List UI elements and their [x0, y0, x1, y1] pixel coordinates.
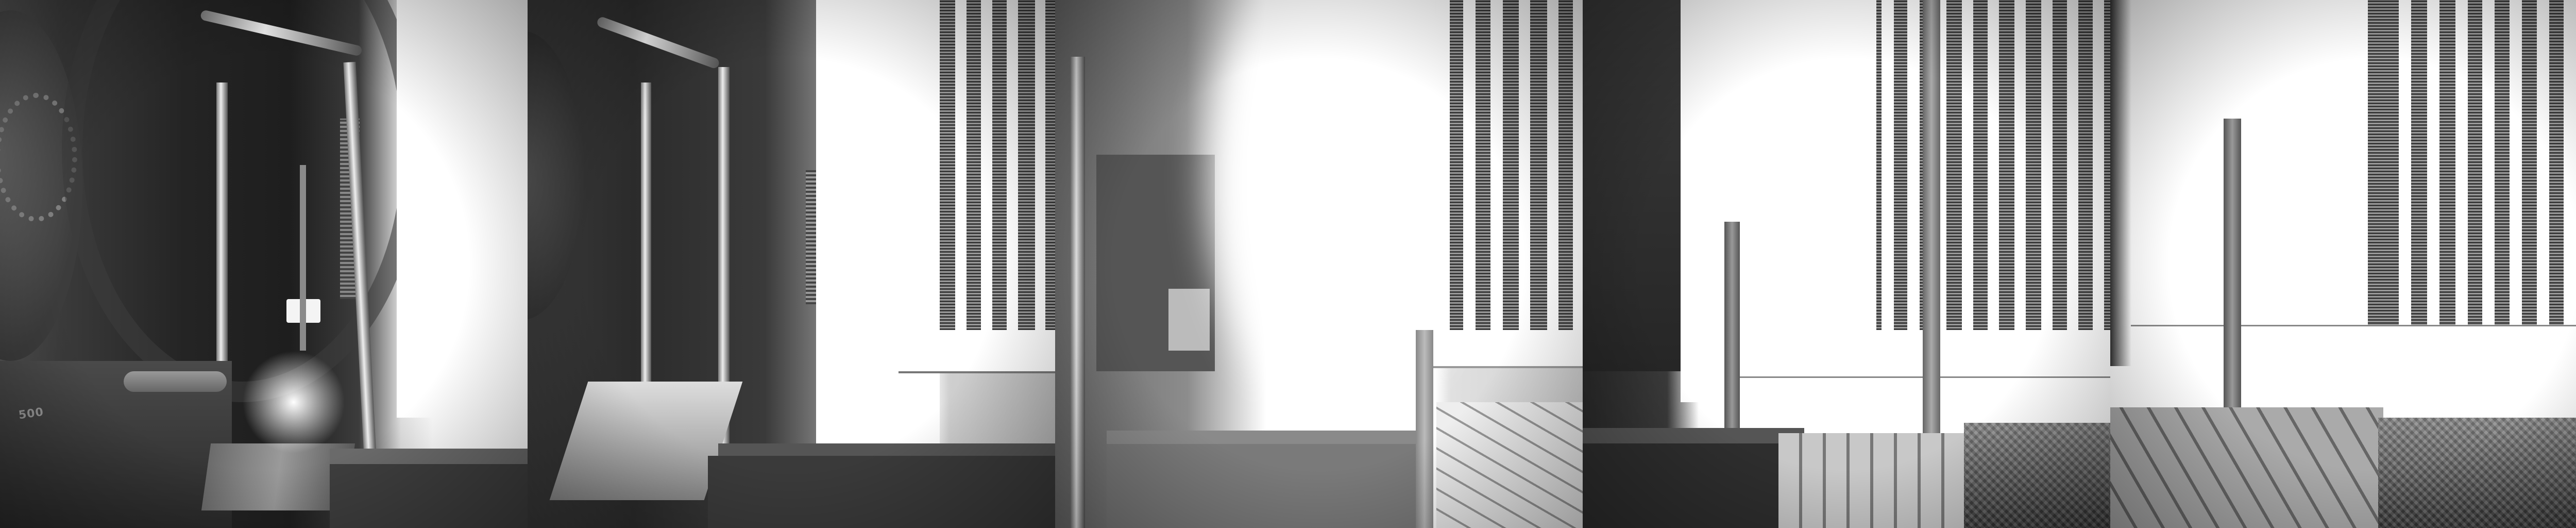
bright-cabinet [397, 0, 528, 418]
air-hose [124, 371, 227, 392]
lower-panel [1583, 443, 1804, 528]
diamond-plate-floor [1964, 423, 2110, 528]
dark-doorway [1583, 0, 1681, 371]
camera-frame-1: 500 [0, 0, 528, 528]
grille-sill [899, 330, 1055, 373]
camera-frame-5 [2110, 0, 2576, 528]
round-tank [528, 31, 584, 320]
lower-panel [708, 456, 1055, 528]
handrail [1071, 57, 1085, 528]
door-panel [1168, 289, 1210, 351]
wooden-planks [2110, 407, 2383, 528]
wooden-planks [1778, 433, 1985, 528]
camera-frame-2 [528, 0, 1055, 528]
overexposed-cabinet [816, 0, 940, 454]
ledge [330, 449, 528, 464]
walkway-floor-glow [242, 351, 345, 454]
distant-post [300, 165, 306, 351]
handrail [641, 82, 651, 412]
ledge [1583, 428, 1804, 443]
grille-sill [2131, 325, 2576, 369]
ledge [718, 443, 1055, 456]
grille-sill [1431, 330, 1583, 368]
lower-panel [1107, 444, 1416, 528]
camera-frame-3 [1055, 0, 1583, 528]
floor-plating [1436, 402, 1583, 528]
handrail-top [596, 16, 721, 70]
floor-edge [1107, 431, 1416, 444]
panorama-strip: 500 [0, 0, 2576, 528]
foreground-pole [1416, 330, 1433, 528]
camera-frame-4 [1583, 0, 2110, 528]
lower-panel [330, 464, 528, 528]
diamond-plate-floor [2378, 418, 2576, 528]
